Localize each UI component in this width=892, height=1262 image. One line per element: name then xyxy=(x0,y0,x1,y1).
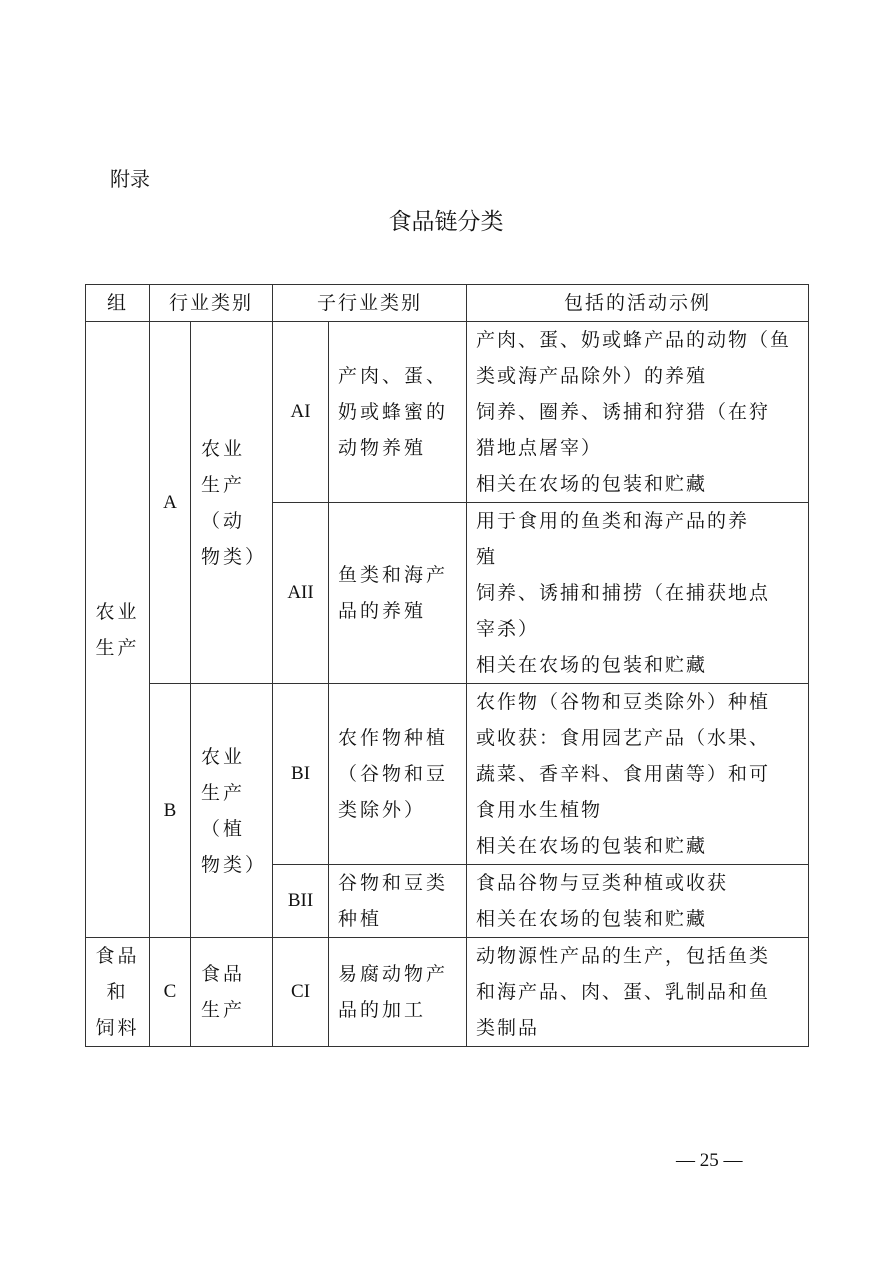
subcategory-code: CI xyxy=(273,938,329,1047)
header-subcategory: 子行业类别 xyxy=(273,285,467,322)
header-group: 组 xyxy=(86,285,150,322)
category-name: 农业 生产 （动 物类） xyxy=(191,322,273,684)
subcategory-code: AII xyxy=(273,503,329,684)
subcategory-code: AI xyxy=(273,322,329,503)
category-name: 食品 生产 xyxy=(191,938,273,1047)
group-cell: 食品 和 饲料 xyxy=(86,938,150,1047)
activities-cell: 食品谷物与豆类种植或收获 相关在农场的包装和贮藏 xyxy=(467,865,809,938)
activities-cell: 农作物（谷物和豆类除外）种植 或收获：食用园艺产品（水果、 蔬菜、香辛料、食用菌… xyxy=(467,684,809,865)
subcategory-code: BI xyxy=(273,684,329,865)
activities-cell: 产肉、蛋、奶或蜂产品的动物（鱼 类或海产品除外）的养殖 饲养、圈养、诱捕和狩猎（… xyxy=(467,322,809,503)
page-number: — 25 — xyxy=(676,1150,743,1172)
group-cell: 农业 生产 xyxy=(86,322,150,938)
subcategory-name: 鱼类和海产 品的养殖 xyxy=(329,503,467,684)
food-chain-classification-table: 组 行业类别 子行业类别 包括的活动示例 农业 生产 A 农业 生产 （动 物类… xyxy=(85,284,809,1047)
table-row: 农业 生产 A 农业 生产 （动 物类） AI 产肉、蛋、 奶或蜂蜜的 动物养殖… xyxy=(86,322,809,503)
activities-cell: 动物源性产品的生产，包括鱼类 和海产品、肉、蛋、乳制品和鱼 类制品 xyxy=(467,938,809,1047)
appendix-label: 附录 xyxy=(110,163,150,192)
table-row: B 农业 生产 （植 物类） BI 农作物种植 （谷物和豆 类除外） 农作物（谷… xyxy=(86,684,809,865)
table-row: 食品 和 饲料 C 食品 生产 CI 易腐动物产 品的加工 动物源性产品的生产，… xyxy=(86,938,809,1047)
category-code: B xyxy=(150,684,191,938)
subcategory-name: 产肉、蛋、 奶或蜂蜜的 动物养殖 xyxy=(329,322,467,503)
activities-cell: 用于食用的鱼类和海产品的养 殖 饲养、诱捕和捕捞（在捕获地点 宰杀） 相关在农场… xyxy=(467,503,809,684)
category-name: 农业 生产 （植 物类） xyxy=(191,684,273,938)
category-code: C xyxy=(150,938,191,1047)
subcategory-name: 农作物种植 （谷物和豆 类除外） xyxy=(329,684,467,865)
header-category: 行业类别 xyxy=(150,285,273,322)
subcategory-name: 谷物和豆类 种植 xyxy=(329,865,467,938)
header-activities: 包括的活动示例 xyxy=(467,285,809,322)
subcategory-code: BII xyxy=(273,865,329,938)
page-title: 食品链分类 xyxy=(0,203,892,236)
category-code: A xyxy=(150,322,191,684)
subcategory-name: 易腐动物产 品的加工 xyxy=(329,938,467,1047)
table-header-row: 组 行业类别 子行业类别 包括的活动示例 xyxy=(86,285,809,322)
